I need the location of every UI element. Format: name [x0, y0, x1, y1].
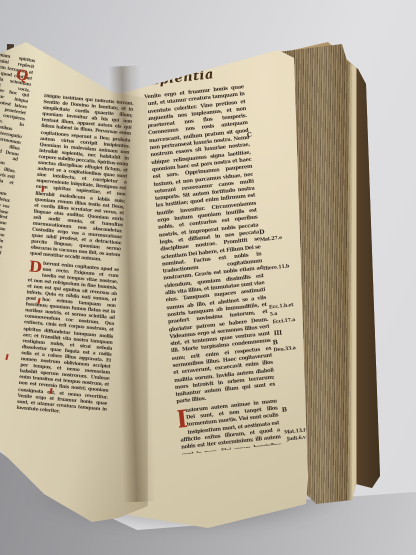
red-initial-d: D	[28, 260, 42, 274]
body-paragraph: ustorum autem animae in manu Dei sunt, e…	[180, 398, 281, 454]
margin-citation: Ecci.17.a	[272, 317, 295, 325]
running-title: Sapientia	[140, 67, 215, 90]
margin-ref-letter: D	[259, 229, 265, 237]
right-page-text-column: Venite ergo et fruamur bonis quae sunt, …	[144, 84, 281, 454]
margin-citation: Hiere.11.b	[263, 263, 290, 272]
body-paragraph-with-initial: Iustorum autem animae in manu Dei sunt, …	[177, 398, 281, 454]
red-initial-q: Q	[15, 69, 29, 84]
rubrication-mark	[5, 354, 8, 360]
chapter-number: III	[273, 329, 282, 337]
margin-citation: Deu.33.a	[273, 345, 296, 353]
margin-citation: Mat.27.e	[260, 235, 283, 243]
margin-citation: 5.a	[269, 311, 277, 318]
margin-ref-letter: B	[282, 406, 288, 413]
margin-ref-letter: B	[272, 339, 278, 346]
body-paragraph-with-initial: Dixerunt enim cogitantes apud se non rec…	[16, 260, 119, 420]
margin-ref-letter: C	[247, 132, 252, 139]
red-initial-i: I	[175, 408, 185, 431]
margin-citation: Ecc.1.b.et	[269, 302, 294, 311]
body-paragraph: Venite ergo et fruamur bonis quae sunt, …	[144, 84, 276, 406]
book-photo: Sapientia Venite ergo et fruamur bonis q…	[0, 0, 416, 555]
margin-citation: Judi.6.v	[287, 435, 306, 443]
body-paragraph: ixerunt enim cogitantes apud se non rect…	[16, 261, 119, 414]
